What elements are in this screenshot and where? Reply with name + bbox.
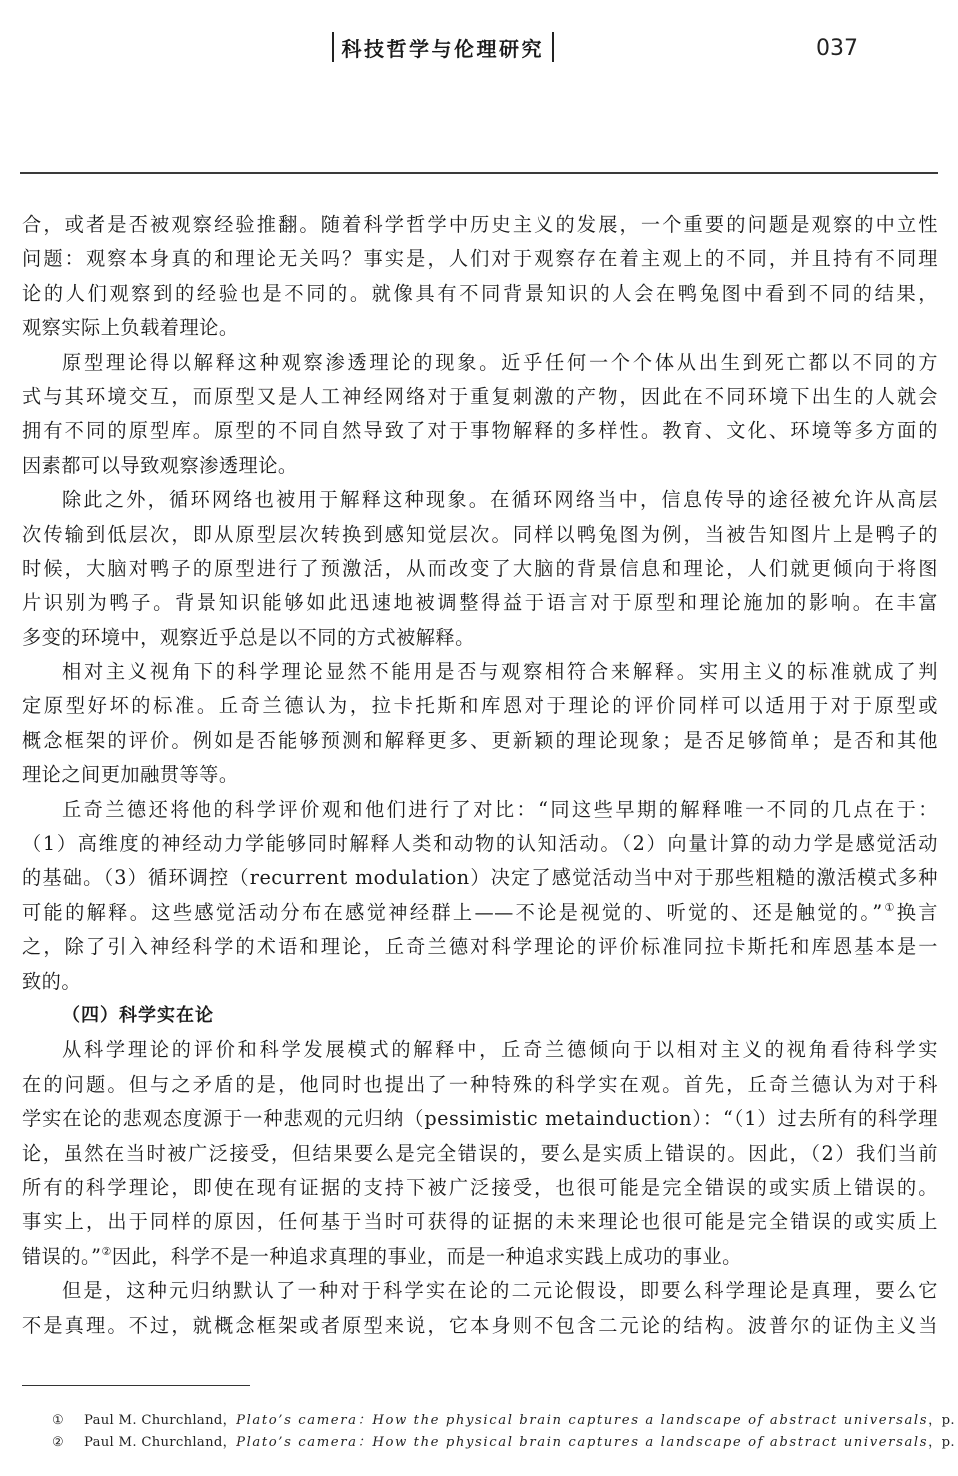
text-line: 多变的环境中，观察近乎总是以不同的方式被解释。 [22, 621, 938, 655]
text-line: 致的。 [22, 965, 938, 999]
page-number: 037 [816, 36, 858, 61]
footnote-author: Paul M. Churchland， [84, 1413, 236, 1428]
journal-title: 科技哲学与伦理研究 [334, 33, 553, 62]
line-text: 问题：观察本身真的和理论无关吗？事实是，人们对于观察存在着主观上的不同，并且持有… [22, 247, 938, 270]
footnote-title: Plato’s camera：How the physical brain ca… [236, 1435, 928, 1450]
text-line: 概念框架的评价。例如是否能够预测和解释更多、更新颖的理论现象；是否足够简单；是否… [22, 724, 938, 758]
line-text: 所有的科学理论，即使在现有证据的支持下被广泛接受，也很可能是完全错误的或实质上错… [22, 1176, 938, 1199]
text-line: 观察实际上负载着理论。 [22, 311, 938, 345]
line-text: 论，虽然在当时被广泛接受，但结果要么是完全错误的，要么是实质上错误的。因此，（2… [22, 1142, 938, 1165]
text-line: 不是真理。不过，就概念框架或者原型来说，它本身则不包含二元论的结构。波普尔的证伪… [22, 1309, 938, 1343]
text-line: 理论之间更加融贯等等。 [22, 758, 938, 792]
text-line: 事实上，出于同样的原因，任何基于当时可获得的证据的未来理论也很可能是完全错误的或… [22, 1205, 938, 1239]
text-line: 次传输到低层次，即从原型层次转换到感知觉层次。同样以鸭兔图为例，当被告知图片上是… [22, 518, 938, 552]
line-text: 片识别为鸭子。背景知识能够如此迅速地被调整得益于语言对于原型和理论施加的影响。在… [22, 591, 938, 614]
text-line: 的基础。（3）循环调控（recurrent modulation）决定了感觉活动… [22, 861, 938, 895]
text-line: 合，或者是否被观察经验推翻。随着科学哲学中历史主义的发展，一个重要的问题是观察的… [22, 208, 938, 242]
text-line: （1）高维度的神经动力学能够同时解释人类和动物的认知活动。（2）向量计算的动力学… [22, 827, 938, 861]
line-text: 学实在论的悲观态度源于一种悲观的元归纳（pessimistic metaindu… [22, 1107, 938, 1130]
footnote-reference[interactable]: ① [883, 901, 897, 914]
text-line: 拥有不同的原型库。原型的不同自然导致了对于事物解释的多样性。教育、文化、环境等多… [22, 414, 938, 448]
footnotes: ①Paul M. Churchland，Plato’s camera：How t… [52, 1410, 932, 1454]
line-text: 理论之间更加融贯等等。 [22, 763, 239, 786]
text-line: 丘奇兰德还将他的科学评价观和他们进行了对比：“同这些早期的解释唯一不同的几点在于… [22, 793, 938, 827]
footnote-page: ，p. 215. [928, 1435, 958, 1450]
footnote-page: ，p. 201. [928, 1413, 958, 1428]
line-text: 错误的。” [22, 1245, 101, 1268]
line-text: 的基础。（3）循环调控（recurrent modulation）决定了感觉活动… [22, 866, 938, 889]
line-text: 之，除了引入神经科学的术语和理论，丘奇兰德对科学理论的评价标准同拉卡斯托和库恩基… [22, 935, 938, 958]
running-head-right-bar [552, 32, 554, 62]
text-line: 时候，大脑对鸭子的原型进行了预激活，从而改变了大脑的背景信息和理论，人们就更倾向… [22, 552, 938, 586]
line-text: 从科学理论的评价和科学发展模式的解释中，丘奇兰德倾向于以相对主义的视角看待科学实 [62, 1038, 938, 1061]
text-line: 可能的解释。这些感觉活动分布在感觉神经群上——不论是视觉的、听觉的、还是触觉的。… [22, 896, 938, 930]
header-rule [20, 172, 938, 174]
text-line: 在的问题。但与之矛盾的是，他同时也提出了一种特殊的科学实在观。首先，丘奇兰德认为… [22, 1068, 938, 1102]
line-text: 原型理论得以解释这种观察渗透理论的现象。近乎任何一个个体从出生到死亡都以不同的方 [62, 351, 938, 374]
line-text: 合，或者是否被观察经验推翻。随着科学哲学中历史主义的发展，一个重要的问题是观察的… [22, 213, 938, 236]
footnote-2: ②Paul M. Churchland，Plato’s camera：How t… [52, 1432, 932, 1454]
line-text: 丘奇兰德还将他的科学评价观和他们进行了对比：“同这些早期的解释唯一不同的几点在于… [62, 798, 938, 821]
section-heading: （四）科学实在论 [22, 999, 938, 1033]
line-text: 但是，这种元归纳默认了一种对于科学实在论的二元论假设，即要么科学理论是真理，要么… [62, 1279, 938, 1302]
line-text: 因素都可以导致观察渗透理论。 [22, 454, 298, 477]
text-line: 定原型好坏的标准。丘奇兰德认为，拉卡托斯和库恩对于理论的评价同样可以适用于对于原… [22, 689, 938, 723]
footnote-1: ①Paul M. Churchland，Plato’s camera：How t… [52, 1410, 932, 1432]
line-text: 可能的解释。这些感觉活动分布在感觉神经群上——不论是视觉的、听觉的、还是触觉的。… [22, 901, 883, 924]
paragraph-block-2: 从科学理论的评价和科学发展模式的解释中，丘奇兰德倾向于以相对主义的视角看待科学实… [22, 1033, 938, 1343]
footnote-rule [22, 1385, 250, 1386]
text-line: 相对主义视角下的科学理论显然不能用是否与观察相符合来解释。实用主义的标准就成了判 [22, 655, 938, 689]
text-line: 问题：观察本身真的和理论无关吗？事实是，人们对于观察存在着主观上的不同，并且持有… [22, 242, 938, 276]
line-text-tail: 换言 [897, 901, 938, 924]
footnote-marker: ② [52, 1432, 84, 1454]
line-text: （1）高维度的神经动力学能够同时解释人类和动物的认知活动。（2）向量计算的动力学… [22, 832, 938, 855]
line-text: 定原型好坏的标准。丘奇兰德认为，拉卡托斯和库恩对于理论的评价同样可以适用于对于原… [22, 694, 938, 717]
line-text: 多变的环境中，观察近乎总是以不同的方式被解释。 [22, 626, 475, 649]
text-line: 错误的。”②因此，科学不是一种追求真理的事业，而是一种追求实践上成功的事业。 [22, 1240, 938, 1274]
text-line: 论的人们观察到的经验也是不同的。就像具有不同背景知识的人会在鸭兔图中看到不同的结… [22, 277, 938, 311]
line-text: 次传输到低层次，即从原型层次转换到感知觉层次。同样以鸭兔图为例，当被告知图片上是… [22, 523, 938, 546]
text-line: 所有的科学理论，即使在现有证据的支持下被广泛接受，也很可能是完全错误的或实质上错… [22, 1171, 938, 1205]
footnote-author: Paul M. Churchland， [84, 1435, 236, 1450]
running-head: 科技哲学与伦理研究 [332, 30, 554, 64]
text-line: 式与其环境交互，而原型又是人工神经网络对于重复刺激的产物，因此在不同环境下出生的… [22, 380, 938, 414]
text-line: 学实在论的悲观态度源于一种悲观的元归纳（pessimistic metaindu… [22, 1102, 938, 1136]
line-text: 式与其环境交互，而原型又是人工神经网络对于重复刺激的产物，因此在不同环境下出生的… [22, 385, 938, 408]
text-line: 原型理论得以解释这种观察渗透理论的现象。近乎任何一个个体从出生到死亡都以不同的方 [22, 346, 938, 380]
line-text: 概念框架的评价。例如是否能够预测和解释更多、更新颖的理论现象；是否足够简单；是否… [22, 729, 938, 752]
line-text: 事实上，出于同样的原因，任何基于当时可获得的证据的未来理论也很可能是完全错误的或… [22, 1210, 938, 1233]
text-line: 论，虽然在当时被广泛接受，但结果要么是完全错误的，要么是实质上错误的。因此，（2… [22, 1137, 938, 1171]
text-line: 从科学理论的评价和科学发展模式的解释中，丘奇兰德倾向于以相对主义的视角看待科学实 [22, 1033, 938, 1067]
text-line: 除此之外，循环网络也被用于解释这种现象。在循环网络当中，信息传导的途径被允许从高… [22, 483, 938, 517]
text-line: 因素都可以导致观察渗透理论。 [22, 449, 938, 483]
footnote-reference[interactable]: ② [101, 1245, 111, 1258]
footnote-title: Plato’s camera：How the physical brain ca… [236, 1413, 928, 1428]
line-text-tail: 因此，科学不是一种追求真理的事业，而是一种追求实践上成功的事业。 [112, 1245, 742, 1268]
line-text: 除此之外，循环网络也被用于解释这种现象。在循环网络当中，信息传导的途径被允许从高… [62, 488, 938, 511]
footnote-marker: ① [52, 1410, 84, 1432]
paragraph-block-1: 合，或者是否被观察经验推翻。随着科学哲学中历史主义的发展，一个重要的问题是观察的… [22, 208, 938, 999]
text-line: 之，除了引入神经科学的术语和理论，丘奇兰德对科学理论的评价标准同拉卡斯托和库恩基… [22, 930, 938, 964]
line-text: 论的人们观察到的经验也是不同的。就像具有不同背景知识的人会在鸭兔图中看到不同的结… [22, 282, 938, 305]
line-text: 时候，大脑对鸭子的原型进行了预激活，从而改变了大脑的背景信息和理论，人们就更倾向… [22, 557, 938, 580]
text-line: 片识别为鸭子。背景知识能够如此迅速地被调整得益于语言对于原型和理论施加的影响。在… [22, 586, 938, 620]
text-line: 但是，这种元归纳默认了一种对于科学实在论的二元论假设，即要么科学理论是真理，要么… [22, 1274, 938, 1308]
line-text: 拥有不同的原型库。原型的不同自然导致了对于事物解释的多样性。教育、文化、环境等多… [22, 419, 938, 442]
line-text: 不是真理。不过，就概念框架或者原型来说，它本身则不包含二元论的结构。波普尔的证伪… [22, 1314, 938, 1337]
body-text: 合，或者是否被观察经验推翻。随着科学哲学中历史主义的发展，一个重要的问题是观察的… [22, 208, 938, 1343]
line-text: 观察实际上负载着理论。 [22, 316, 239, 339]
line-text: 致的。 [22, 970, 81, 993]
line-text: 相对主义视角下的科学理论显然不能用是否与观察相符合来解释。实用主义的标准就成了判 [62, 660, 938, 683]
line-text: 在的问题。但与之矛盾的是，他同时也提出了一种特殊的科学实在观。首先，丘奇兰德认为… [22, 1073, 938, 1096]
